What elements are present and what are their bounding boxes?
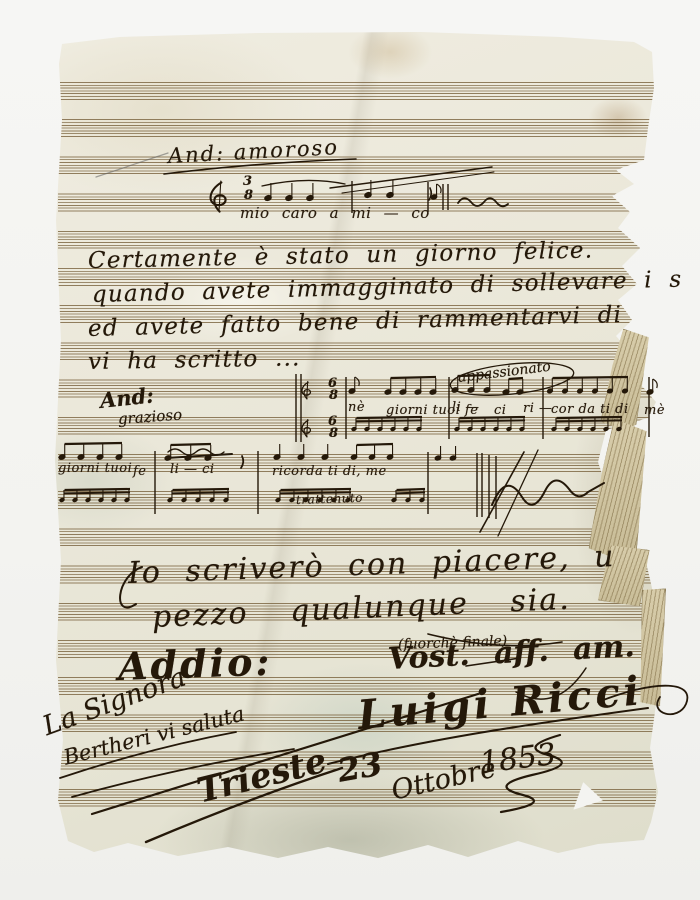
lyric-fragment: ricorda ti di, me	[272, 464, 387, 479]
closing-line-2: pezzo qualunque sia.	[151, 582, 571, 635]
handwriting-layer: And: amoroso 3 8 mio caro a mi — co Cert…	[0, 0, 700, 900]
lyric-fragment: ri —	[523, 401, 553, 416]
expression-marking: appassionato	[457, 359, 552, 386]
lyric-fragment: nè	[348, 400, 365, 415]
letter-line: Certamente è stato un giorno felice.	[88, 237, 594, 274]
upper-time-signature-bottom: 8	[329, 388, 338, 403]
letter-line: ed avete fatto bene di rammentarvi di	[88, 302, 623, 342]
letter-line: vi ha scritto ...	[88, 345, 301, 375]
lyric-fragment: cor da ti di	[551, 402, 629, 417]
time-signature-bottom: 8	[244, 188, 253, 203]
lyric-fragment: li —	[452, 400, 479, 415]
manuscript-scan: And: amoroso 3 8 mio caro a mi — co Cert…	[0, 0, 700, 900]
lyric-fragment: li — ci	[170, 462, 215, 477]
lyric-fragment: mè	[644, 403, 665, 418]
duet-tempo-qualifier: grazioso	[117, 406, 182, 428]
lyric-fragment: giorni tuoi	[58, 461, 132, 476]
dateline-year: 1853	[478, 737, 558, 781]
lyric-fragment: ci	[494, 403, 506, 418]
tempo-heading: And: amoroso	[167, 135, 339, 168]
opening-lyrics: mio caro a mi — co	[240, 204, 430, 222]
dateline-city: Trieste	[193, 741, 331, 812]
time-signature-top: 3	[243, 174, 252, 189]
signature: Luigi Ricci	[356, 667, 645, 739]
dateline-day: 23	[335, 745, 385, 790]
lyric-fragment: fe	[133, 464, 147, 479]
direction-trattenuto: trattenuto	[296, 491, 363, 507]
lower-time-signature-bottom: 8	[329, 426, 338, 441]
